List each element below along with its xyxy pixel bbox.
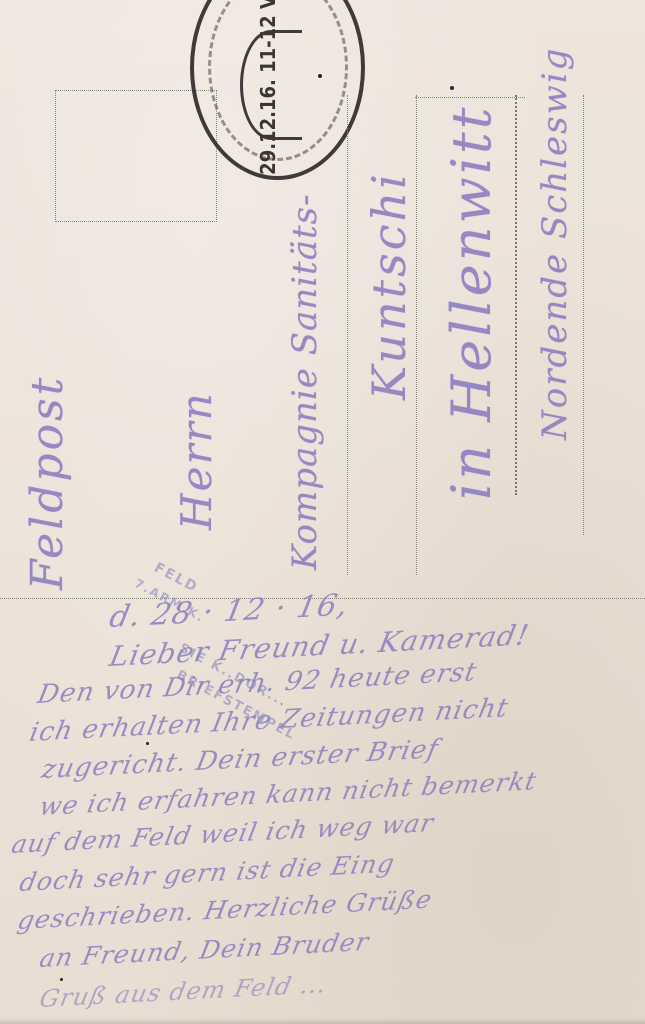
postmark: 29.12.16. 11-12 V <box>150 0 320 180</box>
message-line-10: Gruß aus dem Feld ... <box>37 970 329 1013</box>
address-line2: Kuntschi <box>362 171 416 400</box>
speck <box>318 74 322 78</box>
postmark-date: 29.12.16. 11-12 V <box>256 0 280 175</box>
speck <box>146 742 149 745</box>
speck <box>450 86 454 90</box>
address-line-2 <box>416 95 417 575</box>
postcard-back: 29.12.16. 11-12 V Feldpost Herrn Kompagn… <box>0 0 645 1024</box>
address-line-3 <box>515 95 517 495</box>
address-line3: in Hellenwitt <box>440 105 503 500</box>
address-line1: Kompagnie Sanitäts- <box>285 193 325 570</box>
address-line4: Nordende Schleswig <box>535 47 575 440</box>
speck <box>60 978 63 981</box>
address-salutation: Herrn <box>172 391 221 530</box>
address-line-4 <box>583 95 584 535</box>
address-top-line <box>415 97 525 98</box>
message-line-9: an Freund, Dein Bruder <box>37 927 372 973</box>
address-line-1 <box>347 95 348 575</box>
feldpost-label: Feldpost <box>22 375 73 590</box>
card-edge <box>0 1018 645 1024</box>
